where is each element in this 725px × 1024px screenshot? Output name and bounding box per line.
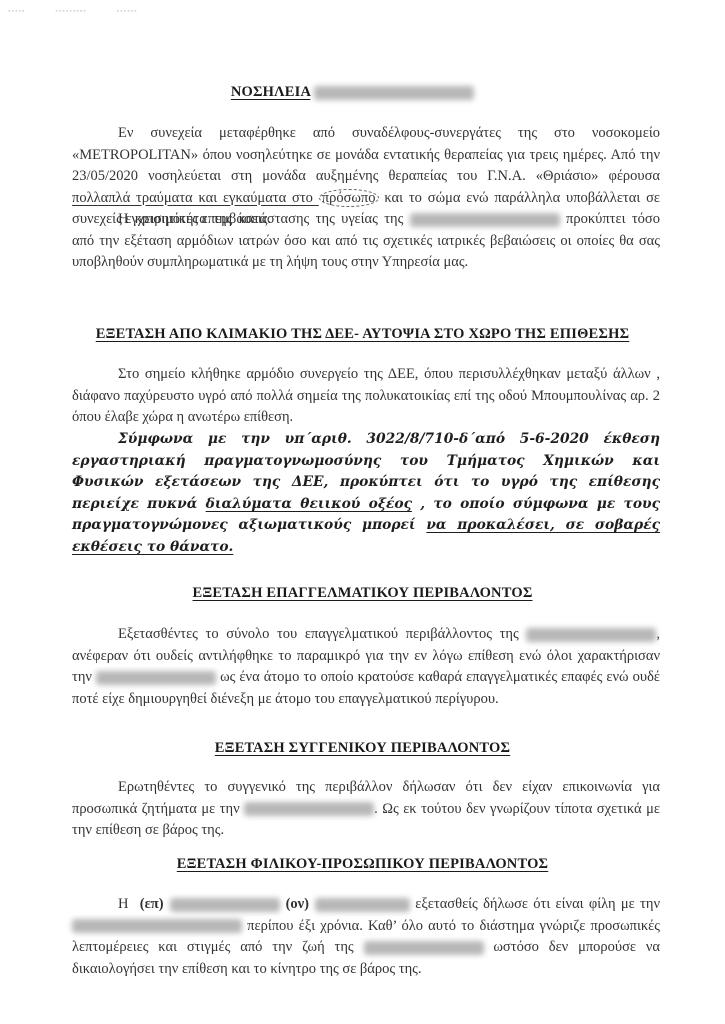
header-mark-3: ▪▪▪▪▪▪ [117,8,138,15]
redacted-name [244,802,374,816]
heading-text: ΕΞΕΤΑΣΗ ΕΠΑΓΓΕΛΜΑΤΙΚΟΥ ΠΕΡΙΒΑΛΟΝΤΟΣ [193,585,533,601]
faint-page-header: ▪▪▪▪▪ ▪▪▪▪▪▪▪▪▪ ▪▪▪▪▪▪ [8,8,138,15]
redacted-name [410,213,560,227]
text-run: Στο σημείο κλήθηκε αρμόδιο συνεργείο της… [72,366,660,425]
redacted-name [96,671,216,685]
heading-text: ΕΞΕΤΑΣΗ ΦΙΛΙΚΟΥ-ΠΡΟΣΩΠΙΚΟΥ ΠΕΡΙΒΑΛΟΝΤΟΣ [177,856,548,872]
paragraph: Σύμφωνα με την υπ΄αριθ. 3022/8/710-δ΄από… [72,429,660,558]
redacted-name [315,898,410,912]
redacted-name [72,919,242,933]
text-run: πολλαπλά τραύματα και εγκαύματα στο [72,190,319,206]
heading-text: ΕΞΕΤΑΣΗ ΑΠΟ ΚΛΙΜΑΚΙΟ ΤΗΣ ΔΕΕ- ΑΥΤΟΨΙΑ ΣΤ… [96,326,630,342]
paragraph: Η (επ)(ον) εξετασθείς δήλωσε ότι είναι φ… [72,894,660,980]
heading-text: ΝΟΣΗΛΕΙΑ [231,84,311,100]
text-run: εξετασθείς δήλωσε ότι είναι φίλη με την [410,896,660,912]
text-run: Εξετασθέντες το σύνολο του επαγγελματικο… [118,626,526,642]
redacted-name [170,898,280,912]
text-run: Η κρισιμότητα της κατάστασης της υγείας … [118,211,410,227]
heading-text: ΕΞΕΤΑΣΗ ΣΥΓΓΕΝΙΚΟΥ ΠΕΡΙΒΑΛΟΝΤΟΣ [215,740,510,756]
paragraph: Εξετασθέντες το σύνολο του επαγγελματικο… [72,624,660,710]
text-run: (ον) [286,896,309,912]
heading-hospitalization: ΝΟΣΗΛΕΙΑ [0,84,715,101]
text-run: πρόσωπο [319,189,379,207]
header-mark-1: ▪▪▪▪▪ [8,8,25,15]
text-run: Εν συνεχεία μεταφέρθηκε από συναδέλφους-… [72,125,660,184]
heading-professional: ΕΞΕΤΑΣΗ ΕΠΑΓΓΕΛΜΑΤΙΚΟΥ ΠΕΡΙΒΑΛΟΝΤΟΣ [0,585,725,602]
heading-family: ΕΞΕΤΑΣΗ ΣΥΓΓΕΝΙΚΟΥ ΠΕΡΙΒΑΛΟΝΤΟΣ [0,740,725,757]
text-run: διαλύματα θειικού οξέος [206,496,412,512]
paragraph: Η κρισιμότητα της κατάστασης της υγείας … [72,209,660,274]
heading-friends: ΕΞΕΤΑΣΗ ΦΙΛΙΚΟΥ-ΠΡΟΣΩΠΙΚΟΥ ΠΕΡΙΒΑΛΟΝΤΟΣ [0,856,725,873]
heading-crime-scene: ΕΞΕΤΑΣΗ ΑΠΟ ΚΛΙΜΑΚΙΟ ΤΗΣ ΔΕΕ- ΑΥΤΟΨΙΑ ΣΤ… [0,326,725,343]
text-run: Η [118,896,134,912]
redacted-name [314,86,474,100]
header-mark-2: ▪▪▪▪▪▪▪▪▪ [55,8,86,15]
redacted-name [526,628,656,642]
redacted-name [364,941,484,955]
paragraph: Ερωτηθέντες το συγγενικό της περιβάλλον … [72,777,660,842]
text-run: (επ) [140,896,164,912]
paragraph: Στο σημείο κλήθηκε αρμόδιο συνεργείο της… [72,364,660,429]
